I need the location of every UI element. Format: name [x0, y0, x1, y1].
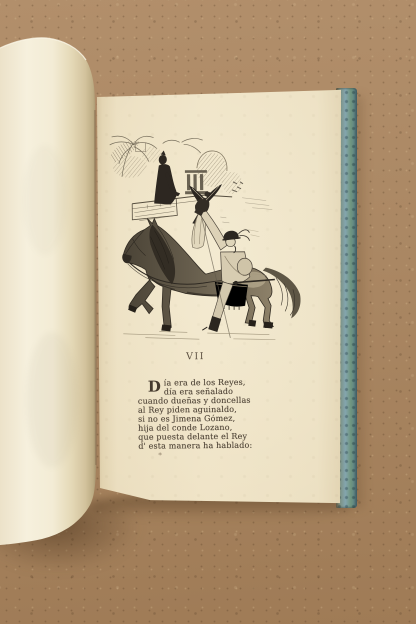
verse-block: D ía era de los Reyes, día era señalado …: [138, 378, 253, 451]
page-showthrough: [26, 332, 78, 468]
verse-line: ía era de los Reyes,: [164, 378, 252, 388]
page-content: VII D ía era de los Reyes, día era señal…: [93, 86, 344, 507]
chapter-heading: VII: [135, 351, 255, 363]
footnote-mark: *: [158, 452, 162, 460]
book-right-page: VII D ía era de los Reyes, día era señal…: [95, 87, 342, 506]
cavalier-rider: [194, 207, 275, 333]
horseman-falcon-engraving: [102, 133, 316, 342]
photo-open-antique-book: VII D ía era de los Reyes, día era señal…: [0, 0, 416, 624]
verse-drop-cap: D: [148, 380, 161, 394]
ground-hatch: [123, 331, 275, 341]
book-left-page-curled: [0, 0, 110, 560]
verse-line: d' esta manera ha hablado:: [138, 441, 252, 451]
